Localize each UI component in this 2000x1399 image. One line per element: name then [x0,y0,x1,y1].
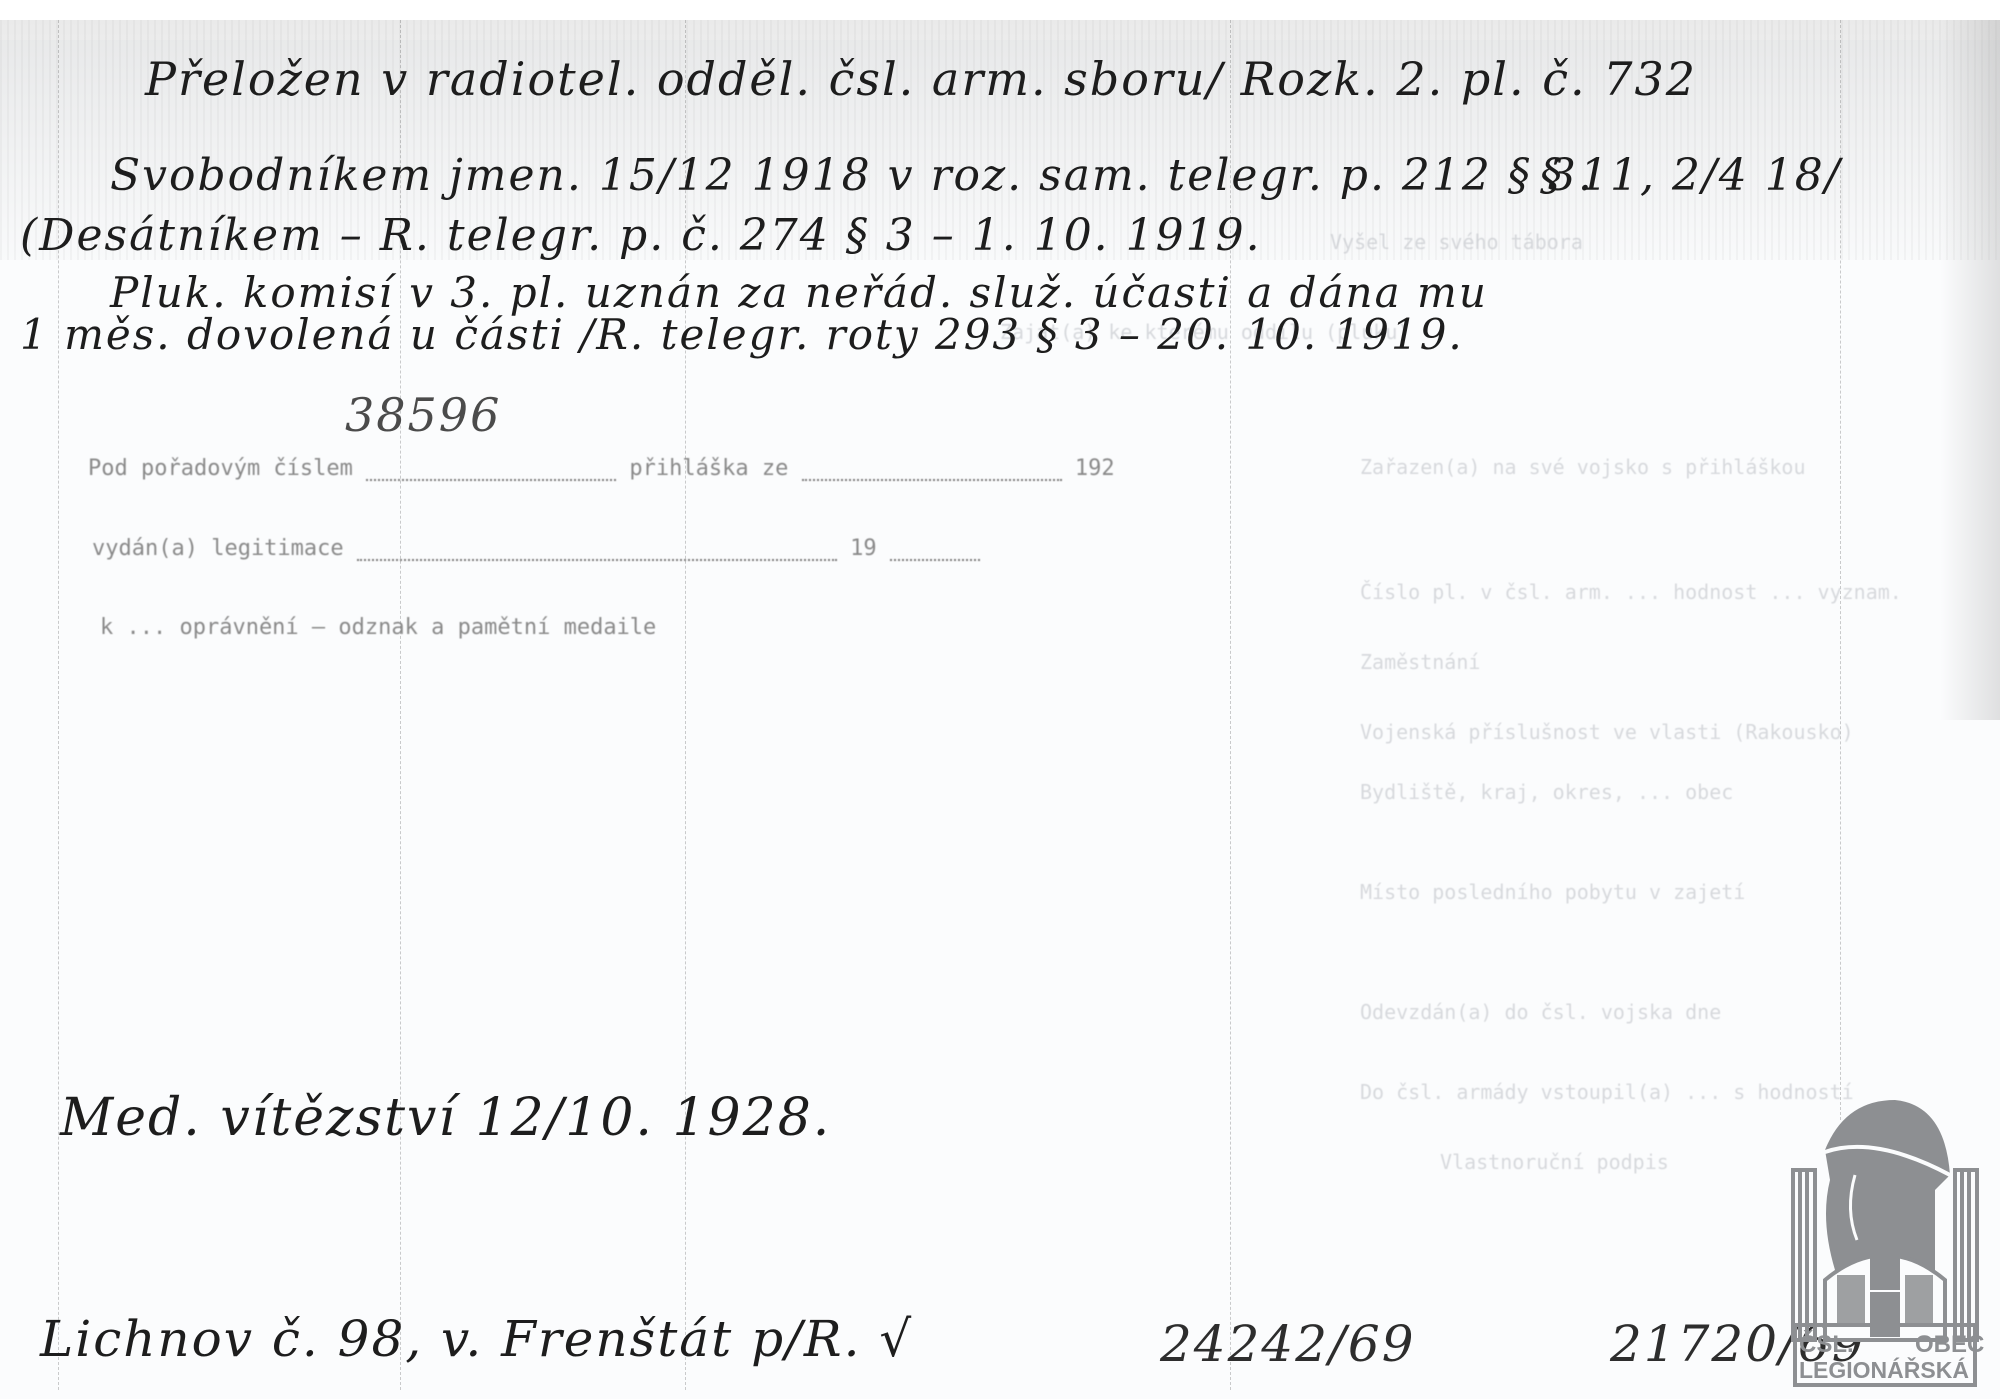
bleed-through-line: Vojenská příslušnost ve vlasti (Rakousko… [1360,720,1854,744]
handwritten-commission-line-2: 1 měs. dovolená u části /R. telegr. roty… [20,310,1464,359]
bleed-through-line: Bydliště, kraj, okres, ... obec [1360,780,1733,804]
handwritten-transfer-note: Přeložen v radiotel. odděl. čsl. arm. sb… [145,52,1697,106]
bleed-through-line: Místo posledního pobytu v zajetí [1360,880,1745,904]
form-field-registration-number: Pod pořadovým číslem přihláška ze 192 [88,455,1115,481]
bleed-through-line: Do čsl. armády vstoupil(a) ... s hodnost… [1360,1080,1854,1104]
logo-text-line1b: OBEC [1915,1331,1984,1358]
logo-text-line2: LEGIONÁŘSKÁ [1799,1356,1969,1383]
form-field-legitimation: vydán(a) legitimace 19 [92,535,980,561]
page-edge-shadow [1940,20,2000,720]
form-field-year: 192 [1075,456,1115,481]
form-field-label: k ... oprávnění – odznak a pamětní medai… [100,615,656,640]
handwritten-victory-medal-note: Med. vítězství 12/10. 1928. [60,1088,831,1148]
form-field-year: 19 [850,536,877,561]
handwritten-promotion-sergeant: (Desátníkem – R. telegr. p. č. 274 § 3 –… [20,210,1262,261]
form-field-label: vydán(a) legitimace [92,536,344,561]
logo-text-line1: ČSL. [1799,1330,1854,1358]
handwritten-promotion-corporal: Svobodníkem jmen. 15/12 1918 v roz. sam.… [110,150,1594,201]
handwritten-reference-number-1: 24242/69 [1160,1315,1416,1373]
bleed-through-line: Odevzdán(a) do čsl. vojska dne [1360,1000,1721,1024]
bleed-through-line: Vyšel ze svého tábora [1330,230,1583,254]
form-field-blank [890,535,980,561]
form-field-blank [802,455,1062,481]
bleed-through-line: Zařazen(a) na své vojsko s přihláškou [1360,455,1806,479]
form-field-label: Pod pořadovým číslem [88,456,353,481]
csol-legion-logo-icon: ČSL. OBEC LEGIONÁŘSKÁ [1785,1080,1985,1390]
bleed-through-line: Zaměstnání [1360,650,1480,674]
form-field-blank [357,535,837,561]
document-page: Vyšel ze svého tábora Zajat(a) ke kterém… [0,0,2000,1399]
bleed-through-line: Vlastnoruční podpis [1440,1150,1669,1174]
form-field-decorations: k ... oprávnění – odznak a pamětní medai… [100,615,656,640]
form-field-blank [366,455,616,481]
bleed-through-line: Číslo pl. v čsl. arm. ... hodnost ... vy… [1360,580,1902,604]
form-field-label: přihláška ze [629,456,788,481]
handwritten-address: Lichnov č. 98, v. Frenštát p/R. √ [40,1310,913,1368]
handwritten-record-number: 38596 [345,388,501,442]
